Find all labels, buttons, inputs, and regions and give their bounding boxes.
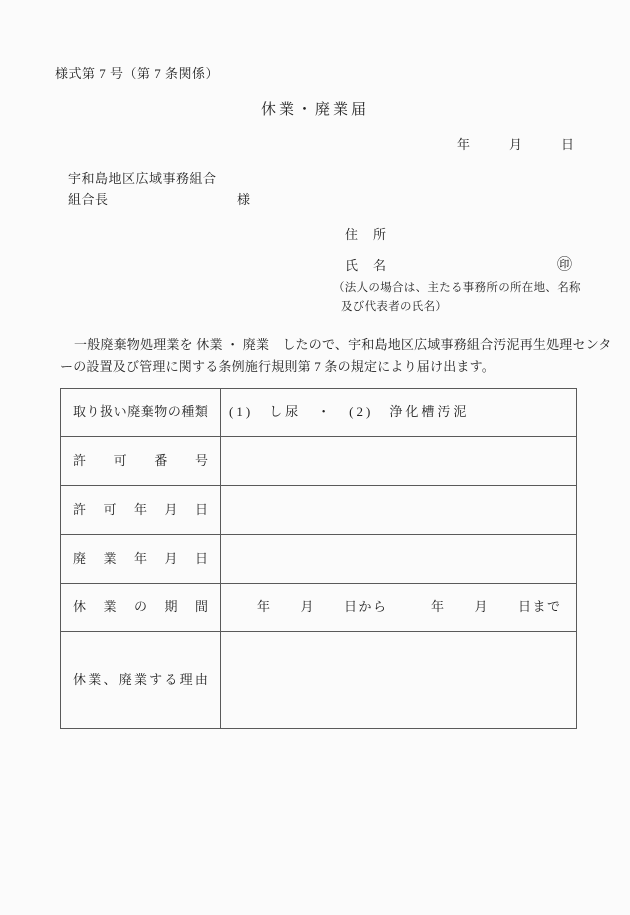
document-page: 様式第 7 号（第 7 条関係） 休業・廃業届 年 月 日 宇和島地区広域事務組…	[0, 0, 630, 915]
row-label-text: 休業、廃業する理由	[73, 672, 208, 688]
row-label-text: 許可年月日	[73, 502, 208, 518]
row-label: 許可年月日	[61, 486, 221, 534]
row-label: 廃業年月日	[61, 535, 221, 583]
row-value	[221, 632, 576, 728]
name-label: 氏 名	[345, 258, 387, 274]
table-row: 休業の期間 年 月 日から 年 月 日まで	[61, 584, 576, 632]
row-label: 休業、廃業する理由	[61, 632, 221, 728]
addressee-role: 組合長	[68, 192, 109, 208]
row-label-text: 休業の期間	[73, 599, 208, 615]
table-row: 廃業年月日	[61, 535, 576, 584]
row-label-text: 許可番号	[73, 453, 208, 469]
table-row: 休業、廃業する理由	[61, 632, 576, 728]
page-title: 休業・廃業届	[0, 101, 630, 120]
addressee-org: 宇和島地区広域事務組合	[68, 171, 217, 187]
row-label-text: 廃業年月日	[73, 551, 208, 567]
row-label-text: 取り扱い廃棄物の種類	[73, 404, 208, 420]
row-value: (1) し尿 ・ (2) 浄化槽汚泥	[221, 389, 576, 436]
row-label: 許可番号	[61, 437, 221, 485]
row-label: 休業の期間	[61, 584, 221, 631]
addressee-honorific: 様	[237, 192, 250, 208]
table-row: 取り扱い廃棄物の種類 (1) し尿 ・ (2) 浄化槽汚泥	[61, 389, 576, 437]
seal-icon: ㊞	[557, 256, 572, 275]
row-value: 年 月 日から 年 月 日まで	[221, 584, 576, 631]
row-value	[221, 486, 576, 534]
body-text-line2: ーの設置及び管理に関する条例施行規則第 7 条の規定により届け出ます。	[60, 359, 495, 375]
address-label: 住 所	[345, 227, 387, 243]
body-text-line1: 一般廃棄物処理業を 休業 ・ 廃業 したので、宇和島地区広域事務組合汚泥再生処理…	[74, 337, 612, 353]
corporate-note-line2: 及び代表者の氏名）	[341, 300, 447, 314]
row-label: 取り扱い廃棄物の種類	[61, 389, 221, 436]
table-row: 許可番号	[61, 437, 576, 486]
table-row: 許可年月日	[61, 486, 576, 535]
notification-table: 取り扱い廃棄物の種類 (1) し尿 ・ (2) 浄化槽汚泥 許可番号 許可年月日…	[60, 388, 577, 729]
corporate-note-line1: （法人の場合は、主たる事務所の所在地、名称	[333, 281, 581, 295]
form-number: 様式第 7 号（第 7 条関係）	[55, 66, 219, 82]
row-value	[221, 535, 576, 583]
row-value	[221, 437, 576, 485]
date-line: 年 月 日	[457, 137, 574, 153]
